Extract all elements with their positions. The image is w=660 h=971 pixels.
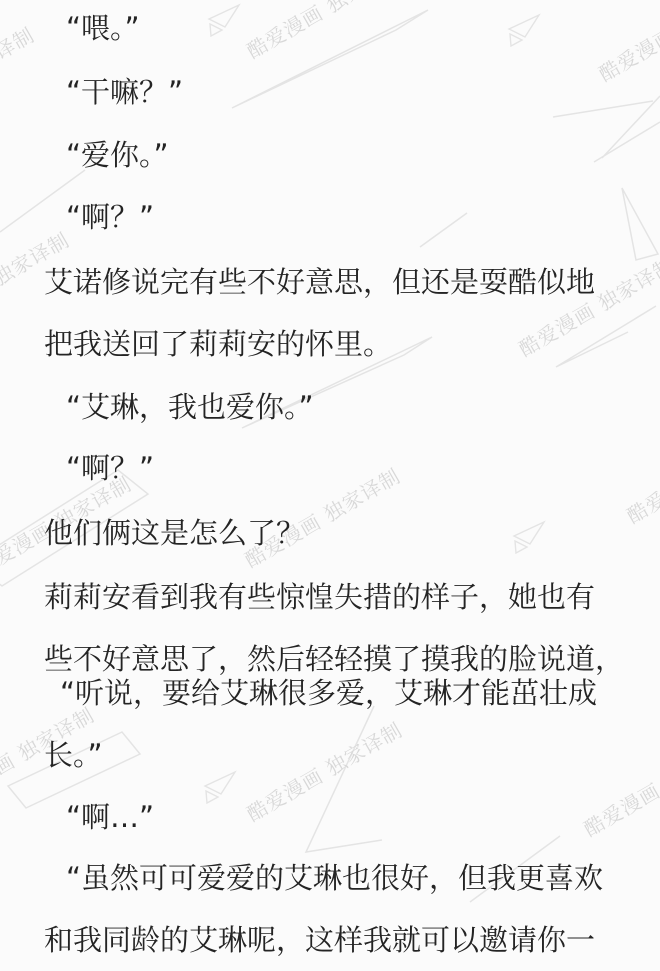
text-line: “啊？” bbox=[66, 197, 154, 237]
text-line: “啊？” bbox=[66, 448, 154, 488]
text-line: “艾琳，我也爱你。” bbox=[66, 387, 314, 427]
novel-page: 酷爱漫画 独家译制酷爱漫画 独家译制酷爱漫画 独家译制酷爱漫画 独家译制酷爱漫画… bbox=[0, 0, 660, 971]
text-line: 莉莉安看到我有些惊惶失措的样子，她也有 bbox=[44, 577, 595, 617]
text-line: “听说，要给艾琳很多爱，艾琳才能茁壮成 bbox=[60, 673, 597, 713]
text-line: “啊…” bbox=[66, 797, 154, 837]
text-line: “喂。” bbox=[66, 8, 140, 48]
text-line: 他们俩这是怎么了？ bbox=[44, 513, 305, 553]
text-line: 把我送回了莉莉安的怀里。 bbox=[44, 324, 392, 364]
text-line: “爱你。” bbox=[66, 135, 169, 175]
text-line: “干嘛？” bbox=[66, 72, 183, 112]
text-line: 和我同龄的艾琳呢，这样我就可以邀请你一 bbox=[44, 920, 595, 960]
text-line: 艾诺修说完有些不好意思，但还是耍酷似地 bbox=[44, 262, 595, 302]
novel-text-layer: “喂。” “干嘛？” “爱你。” “啊？” 艾诺修说完有些不好意思，但还是耍酷似… bbox=[0, 0, 660, 971]
text-line: “虽然可可爱爱的艾琳也很好，但我更喜欢 bbox=[66, 858, 603, 898]
text-line: 长。” bbox=[44, 735, 103, 775]
